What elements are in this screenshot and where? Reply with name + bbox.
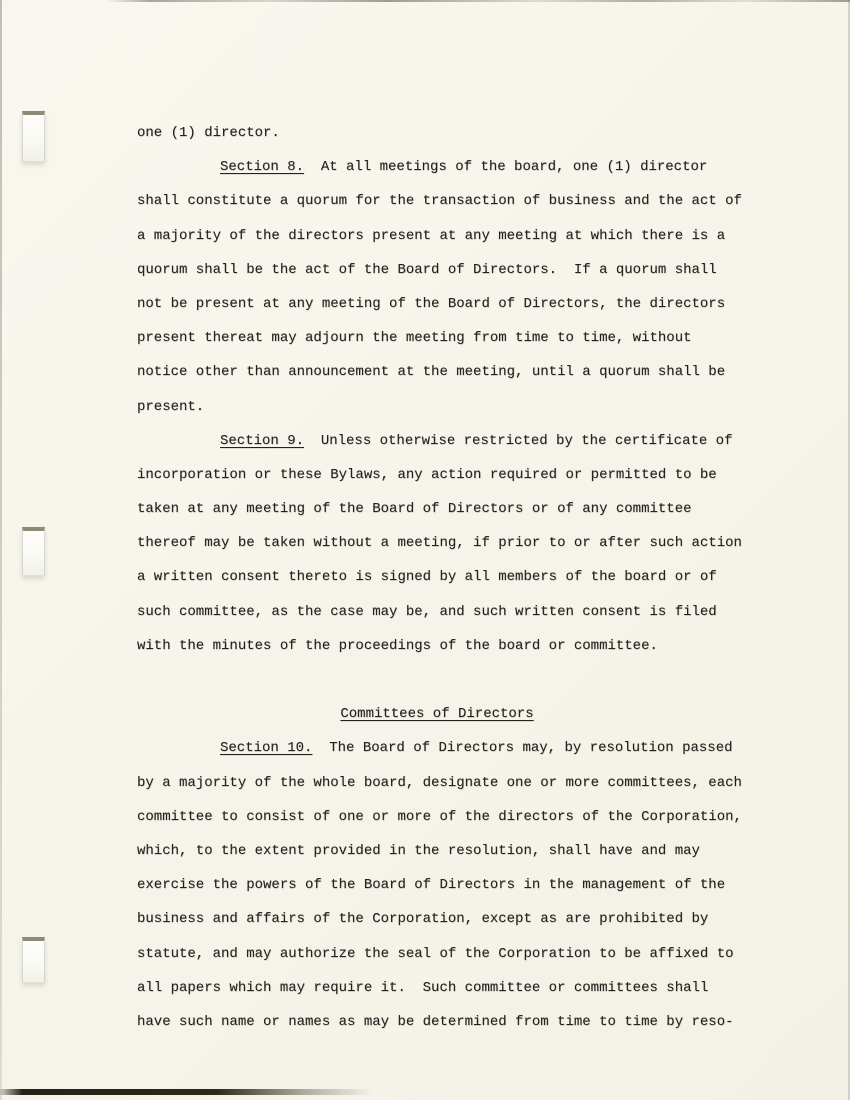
text-line: a written consent thereto is signed by a… (137, 560, 759, 594)
text-line: committee to consist of one or more of t… (137, 800, 759, 834)
text-line: present. (137, 390, 759, 424)
text-line: business and affairs of the Corporation,… (137, 902, 759, 936)
section-text: The Board of Directors may, by resolutio… (312, 740, 732, 756)
blank-line (137, 663, 759, 697)
text-line: present thereat may adjourn the meeting … (137, 321, 759, 355)
section-heading: Committees of Directors (126, 697, 748, 731)
hole-punch (22, 527, 45, 576)
text-line: notice other than announcement at the me… (137, 355, 759, 389)
page-edge-left (0, 0, 2, 1100)
text-line: incorporation or these Bylaws, any actio… (137, 458, 759, 492)
text-line: such committee, as the case may be, and … (137, 595, 759, 629)
text-line: Section 9. Unless otherwise restricted b… (137, 424, 759, 458)
text-line: taken at any meeting of the Board of Dir… (137, 492, 759, 526)
hole-punch (22, 937, 45, 983)
section-heading-text: Committees of Directors (340, 706, 533, 722)
section-text: At all meetings of the board, one (1) di… (304, 159, 707, 175)
text-line: a majority of the directors present at a… (137, 219, 759, 253)
section-label: Section 9. (220, 433, 304, 449)
section-label: Section 10. (220, 740, 312, 756)
text-line: Section 10. The Board of Directors may, … (137, 731, 759, 765)
section-label: Section 8. (220, 159, 304, 175)
text-line: exercise the powers of the Board of Dire… (137, 868, 759, 902)
text-line: all papers which may require it. Such co… (137, 971, 759, 1005)
text-line: have such name or names as may be determ… (137, 1005, 759, 1039)
text-line: with the minutes of the proceedings of t… (137, 629, 759, 663)
scan-artifact-bottom-line (0, 1089, 372, 1095)
hole-punch (22, 111, 45, 162)
scanned-page: one (1) director.Section 8. At all meeti… (0, 0, 850, 1100)
typewritten-text: one (1) director.Section 8. At all meeti… (137, 116, 759, 1039)
text-line: quorum shall be the act of the Board of … (137, 253, 759, 287)
text-line: which, to the extent provided in the res… (137, 834, 759, 868)
text-line: not be present at any meeting of the Boa… (137, 287, 759, 321)
scan-artifact-top-line (106, 0, 850, 2)
text-line: thereof may be taken without a meeting, … (137, 526, 759, 560)
section-text: Unless otherwise restricted by the certi… (304, 433, 732, 449)
text-line: statute, and may authorize the seal of t… (137, 937, 759, 971)
text-line: one (1) director. (137, 116, 759, 150)
text-line: by a majority of the whole board, design… (137, 766, 759, 800)
text-line: Section 8. At all meetings of the board,… (137, 150, 759, 184)
text-line: shall constitute a quorum for the transa… (137, 184, 759, 218)
